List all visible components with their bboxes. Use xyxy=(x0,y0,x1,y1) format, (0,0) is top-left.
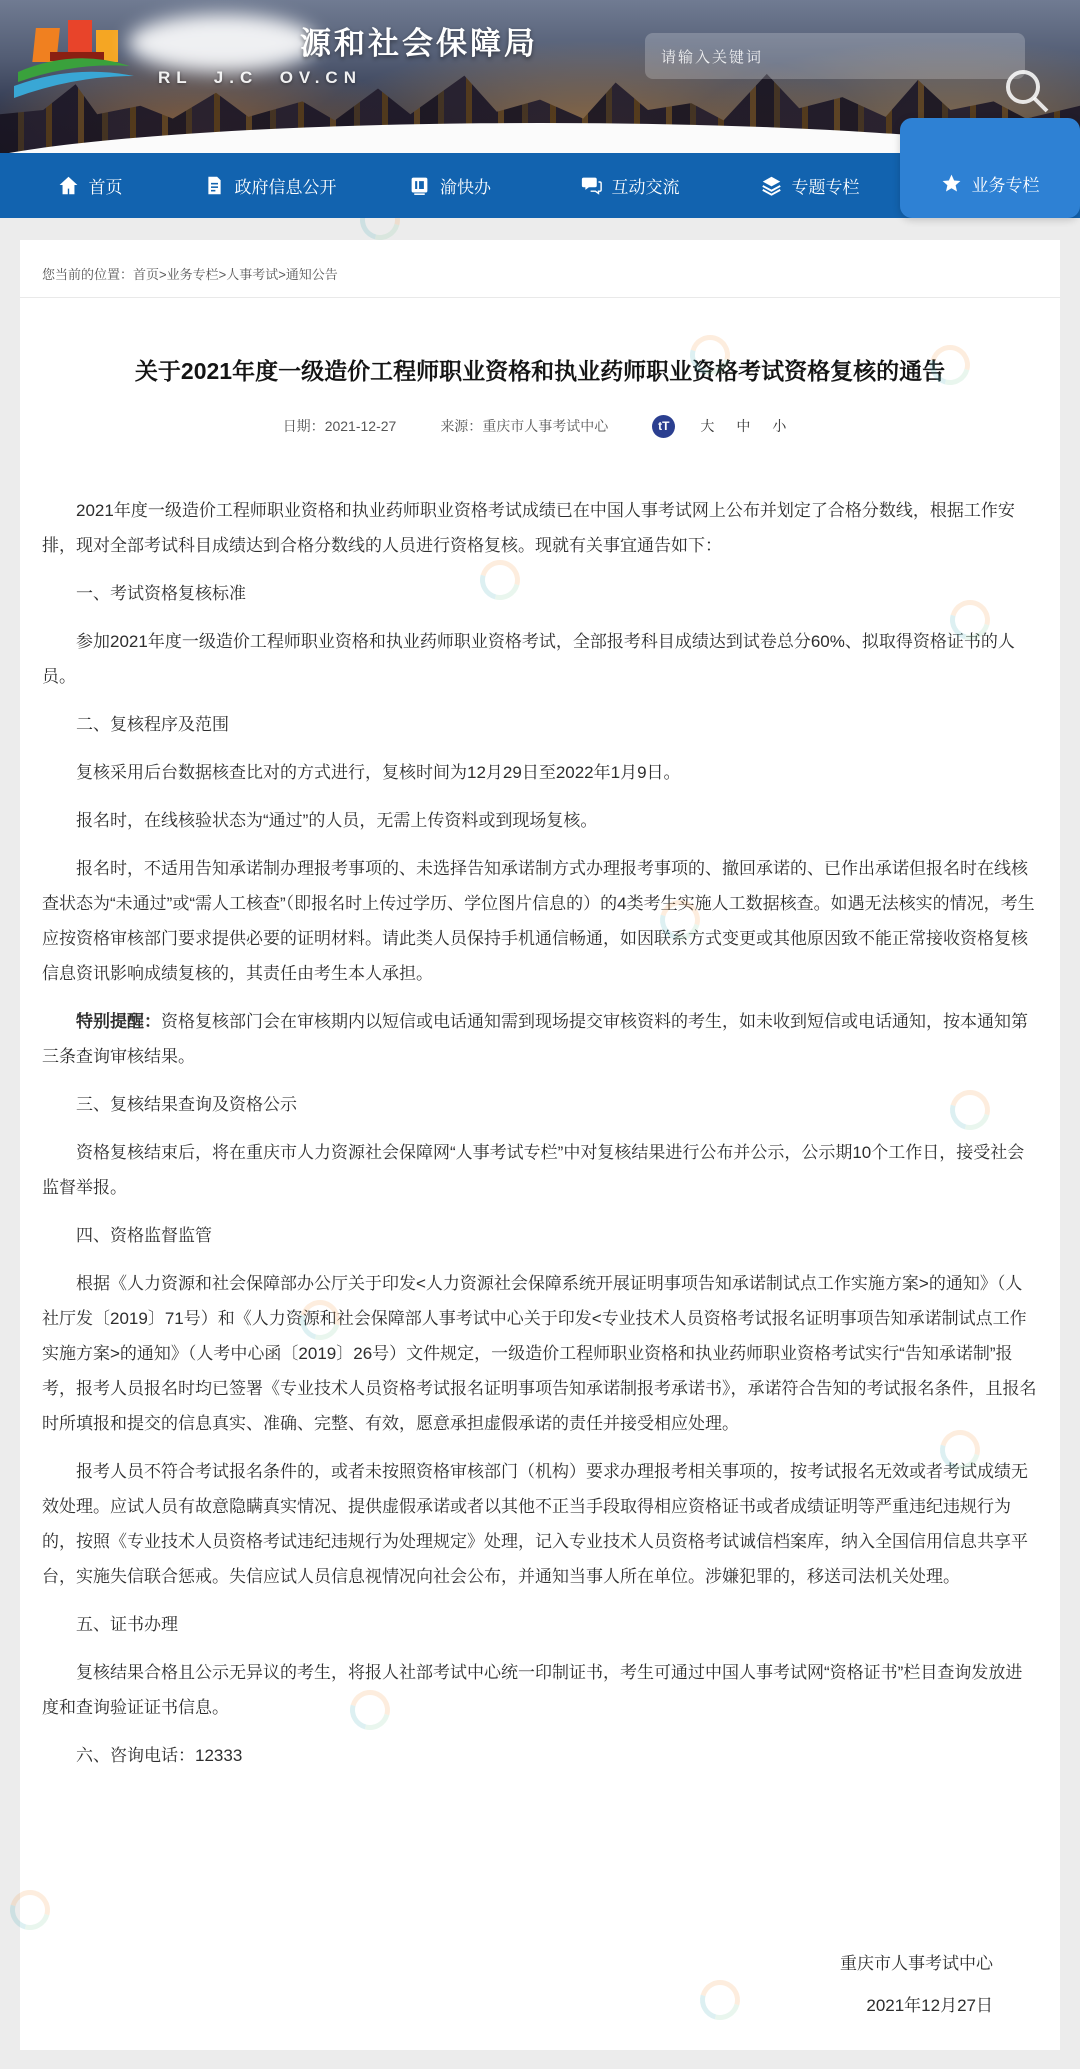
article-source: 来源：重庆市人事考试中心 xyxy=(440,416,608,436)
nav-label: 首页 xyxy=(89,173,123,198)
document-icon xyxy=(204,175,225,196)
search-placeholder: 请输入关键词 xyxy=(661,46,763,67)
font-size-small-button[interactable]: 小 xyxy=(772,416,786,436)
section-heading: 五、证书办理 xyxy=(42,1607,1038,1642)
paragraph: 报考人员不符合考试报名条件的，或者未按照资格审核部门（机构）要求办理报考相关事项… xyxy=(42,1454,1038,1594)
article-date: 日期：2021-12-27 xyxy=(283,416,397,436)
nav-label: 互动交流 xyxy=(612,173,680,198)
search-input[interactable]: 请输入关键词 xyxy=(645,33,1025,79)
section-heading: 六、咨询电话：12333 xyxy=(42,1738,1038,1773)
signature-org: 重庆市人事考试中心 xyxy=(42,1943,993,1985)
article-meta: 日期：2021-12-27 来源：重庆市人事考试中心 tT 大 中 小 xyxy=(42,415,1038,438)
section-heading: 二、复核程序及范围 xyxy=(42,707,1038,742)
layers-icon xyxy=(761,175,782,196)
nav-item-gov-info[interactable]: 政府信息公开 xyxy=(180,153,360,218)
paragraph: 复核结果合格且公示无异议的考生，将报人社部考试中心统一印制证书，考生可通过中国人… xyxy=(42,1655,1038,1725)
paragraph: 参加2021年度一级造价工程师职业资格和执业药师职业资格考试，全部报考科目成绩达… xyxy=(42,624,1038,694)
paragraph: 根据《人力资源和社会保障部办公厅关于印发<人力资源社会保障系统开展证明事项告知承… xyxy=(42,1266,1038,1441)
nav-label: 政府信息公开 xyxy=(235,173,337,198)
app-icon xyxy=(409,175,430,196)
banner-cloud-overlay xyxy=(128,14,318,72)
breadcrumb-path[interactable]: 首页>业务专栏>人事考试>通知公告 xyxy=(133,267,338,282)
breadcrumb-prefix: 您当前的位置： xyxy=(42,267,133,282)
paragraph: 2021年度一级造价工程师职业资格和执业药师职业资格考试成绩已在中国人事考试网上… xyxy=(42,493,1038,563)
article-body: 2021年度一级造价工程师职业资格和执业药师职业资格考试成绩已在中国人事考试网上… xyxy=(42,493,1038,1773)
section-heading: 四、资格监督监管 xyxy=(42,1218,1038,1253)
paragraph: 资格复核结束后，将在重庆市人力资源社会保障网“人事考试专栏”中对复核结果进行公布… xyxy=(42,1135,1038,1205)
site-title: 源和社会保障局 xyxy=(300,18,538,63)
font-size-large-button[interactable]: 大 xyxy=(700,416,714,436)
search-icon[interactable] xyxy=(999,63,1055,119)
font-size-icon: tT xyxy=(652,415,675,438)
content-card: 您当前的位置：首页>业务专栏>人事考试>通知公告 关于2021年度一级造价工程师… xyxy=(20,240,1060,2050)
signature-block: 重庆市人事考试中心 2021年12月27日 xyxy=(42,1943,1038,2027)
star-icon xyxy=(941,173,962,194)
nav-item-business-column[interactable]: 业务专栏 xyxy=(900,118,1080,218)
article-title: 关于2021年度一级造价工程师职业资格和执业药师职业资格考试资格复核的通告 xyxy=(42,354,1038,389)
main-nav: 首页 政府信息公开 渝快办 互动交流 专题专栏 业务专栏 xyxy=(0,153,1080,218)
site-logo[interactable] xyxy=(14,8,134,104)
signature-date: 2021年12月27日 xyxy=(42,1985,993,2027)
font-size-medium-button[interactable]: 中 xyxy=(736,416,750,436)
paragraph: 报名时，在线核验状态为“通过”的人员，无需上传资料或到现场复核。 xyxy=(42,803,1038,838)
font-size-controls: tT 大 中 小 xyxy=(652,415,797,438)
article: 关于2021年度一级造价工程师职业资格和执业药师职业资格考试资格复核的通告 日期… xyxy=(20,354,1060,2027)
special-note-lead: 特别提醒： xyxy=(76,1012,161,1031)
chat-icon xyxy=(581,175,602,196)
nav-item-home[interactable]: 首页 xyxy=(0,153,180,218)
breadcrumb: 您当前的位置：首页>业务专栏>人事考试>通知公告 xyxy=(20,240,1060,298)
paragraph: 报名时，不适用告知承诺制办理报考事项的、未选择告知承诺制方式办理报考事项的、撤回… xyxy=(42,851,1038,991)
nav-label: 业务专栏 xyxy=(972,171,1040,196)
section-heading: 一、考试资格复核标准 xyxy=(42,576,1038,611)
nav-label: 渝快办 xyxy=(440,173,491,198)
home-icon xyxy=(58,175,79,196)
nav-item-interaction[interactable]: 互动交流 xyxy=(540,153,720,218)
section-heading: 三、复核结果查询及资格公示 xyxy=(42,1087,1038,1122)
nav-label: 专题专栏 xyxy=(792,173,860,198)
site-url-text: RL J.C OV.CN xyxy=(158,68,362,88)
paragraph-special-note: 特别提醒：资格复核部门会在审核期内以短信或电话通知需到现场提交审核资料的考生，如… xyxy=(42,1004,1038,1074)
paragraph: 复核采用后台数据核查比对的方式进行，复核时间为12月29日至2022年1月9日。 xyxy=(42,755,1038,790)
nav-item-special-topics[interactable]: 专题专栏 xyxy=(720,153,900,218)
nav-item-yukuaiban[interactable]: 渝快办 xyxy=(360,153,540,218)
